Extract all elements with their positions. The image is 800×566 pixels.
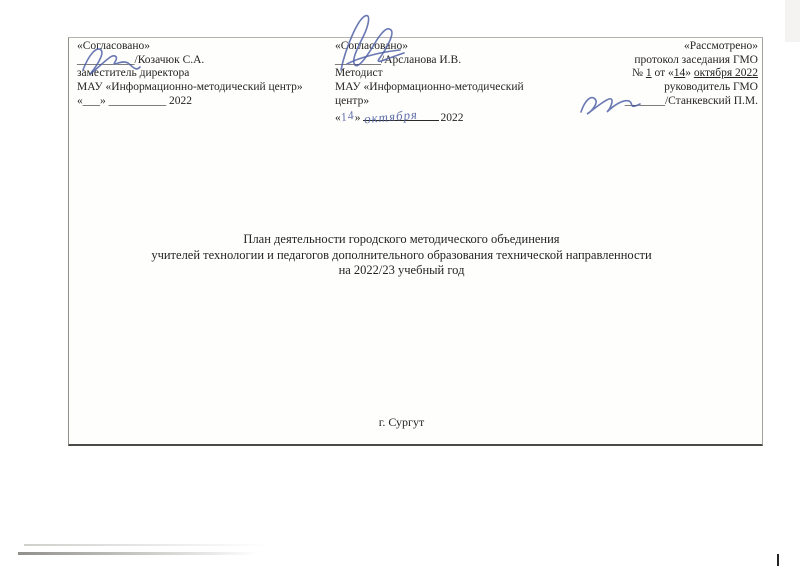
scan-artifact-line [18, 552, 290, 555]
protocol-mid: от « [652, 67, 674, 79]
title-line2: учителей технологии и педагогов дополнит… [69, 248, 734, 264]
protocol-prefix: № [632, 67, 646, 79]
signature-blank: _______ [625, 95, 665, 107]
year: 2022 [441, 112, 464, 124]
signatory-name: /Станкевский П.М. [665, 95, 758, 107]
date-blank-line: «___» __________ 2022 [77, 95, 345, 109]
organization: МАУ «Информационно-методический центр» [77, 81, 345, 95]
organization-line1: МАУ «Информационно-методический [335, 81, 555, 95]
protocol-day: 14 [674, 67, 686, 79]
signature-line: _______/Станкевский П.М. [528, 95, 758, 109]
scan-artifact-line [24, 544, 270, 546]
handwritten-month: октября [363, 107, 418, 125]
handwritten-day: 14 [339, 108, 356, 124]
scan-artifact-mark [777, 554, 779, 566]
approval-block-left: «Согласовано» __________/Козачюк С.А. за… [77, 40, 345, 109]
title-line3: на 2022/23 учебный год [69, 263, 734, 279]
document-title: План деятельности городского методическо… [69, 232, 734, 279]
protocol-caption: протокол заседания ГМО [528, 54, 758, 68]
signature-blank: ________ [335, 54, 381, 66]
signature-line: __________/Козачюк С.А. [77, 54, 345, 68]
approval-status: «Рассмотрено» [528, 40, 758, 54]
date-line: «14»октября2022 [335, 109, 555, 126]
signatory-name: /Козачюк С.А. [135, 54, 205, 66]
signatory-role: заместитель директора [77, 67, 345, 81]
organization-line2: центр» [335, 95, 555, 109]
approval-block-middle: «Согласовано» ________/Арсланова И.В. Ме… [335, 40, 555, 125]
document-page: «Согласовано» __________/Козачюк С.А. за… [68, 37, 763, 446]
signatory-role: руководитель ГМО [528, 81, 758, 95]
approval-status: «Согласовано» [335, 40, 555, 54]
approval-status: «Согласовано» [77, 40, 345, 54]
protocol-close: » [685, 67, 694, 79]
signatory-name: /Арсланова И.В. [381, 54, 461, 66]
scanned-document: «Согласовано» __________/Козачюк С.А. за… [0, 0, 800, 566]
protocol-line: № 1 от «14» октября 2022 [528, 67, 758, 81]
signature-blank: __________ [77, 54, 135, 66]
approval-block-right: «Рассмотрено» протокол заседания ГМО № 1… [528, 40, 758, 109]
signature-line: ________/Арсланова И.В. [335, 54, 555, 68]
date-blank-line: октября [363, 109, 439, 121]
city-label: г. Сургут [69, 415, 734, 430]
scan-edge-shading [785, 0, 800, 42]
protocol-month-year: октября 2022 [694, 67, 758, 79]
signatory-role: Методист [335, 67, 555, 81]
title-line1: План деятельности городского методическо… [69, 232, 734, 248]
